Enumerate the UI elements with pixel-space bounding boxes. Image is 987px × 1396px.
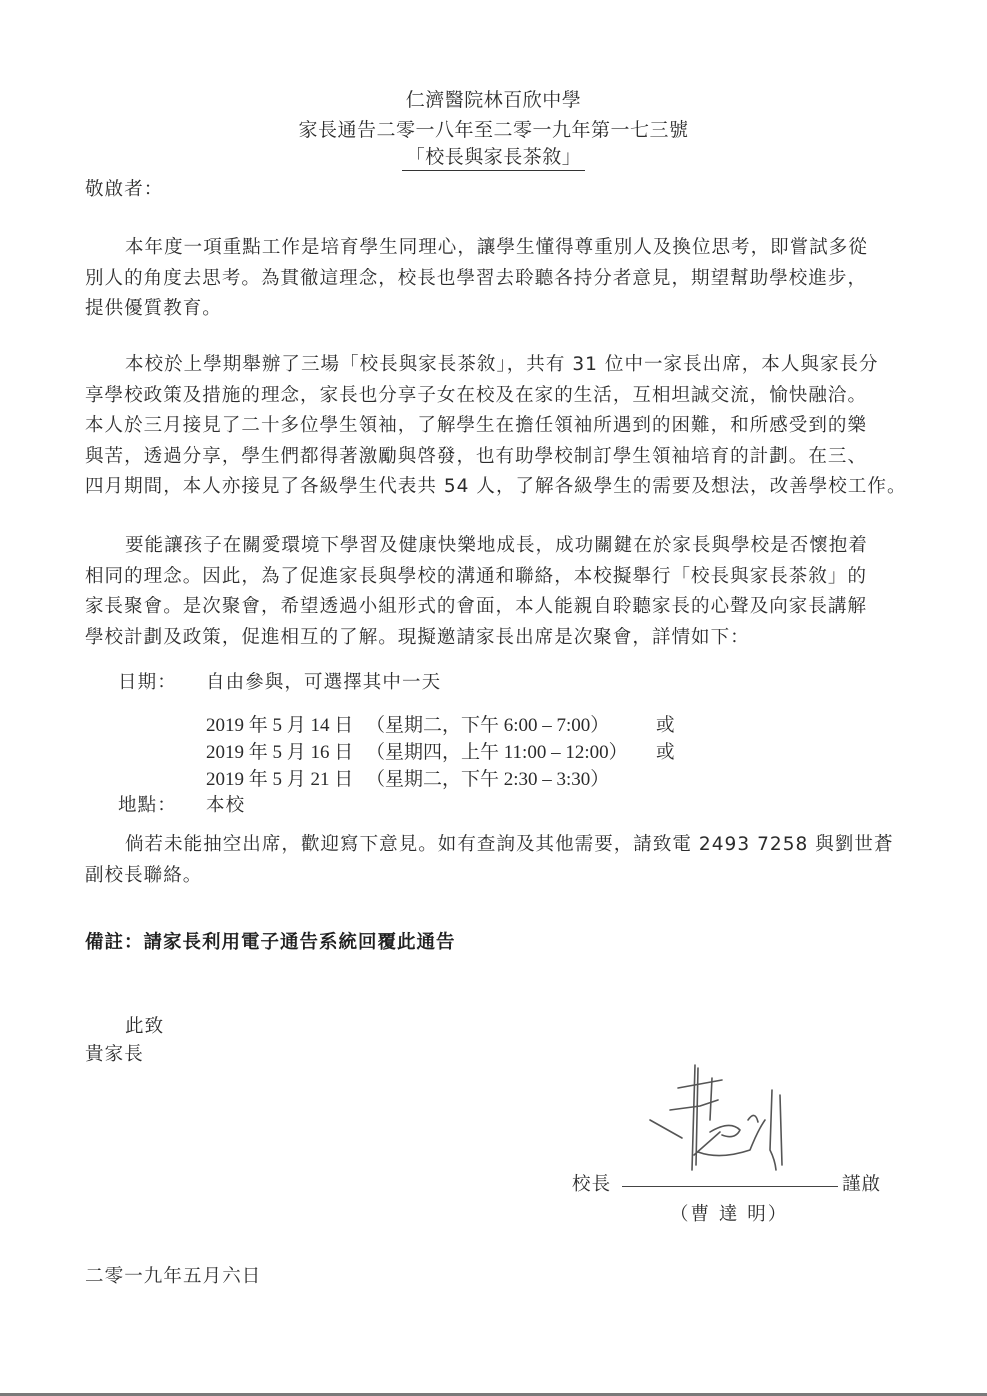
paragraph-1: 本年度一項重點工作是培育學生同理心，讓學生懂得尊重別人及換位思考，即嘗試多從 別…: [85, 233, 890, 325]
closing-recipient: 貴家長: [85, 1040, 144, 1070]
session-2: 2019 年 5 月 16 日（星期四，上午 11:00 – 12:00）或: [206, 737, 675, 764]
session-3: 2019 年 5 月 21 日（星期二，下午 2:30 – 3:30）: [206, 764, 656, 791]
session-time: （星期二，下午 6:00 – 7:00）: [366, 710, 656, 737]
paragraph-3: 要能讓孩子在關愛環境下學習及健康快樂地成長，成功關鍵在於家長與學校是否懷抱着 相…: [85, 531, 890, 653]
signature-title: 校長: [572, 1170, 611, 1200]
session-date: 2019 年 5 月 14 日: [206, 710, 366, 737]
venue: 本校: [206, 791, 245, 821]
notice-number: 家長通告二零一八年至二零一九年第一七三號: [0, 118, 987, 142]
closing-line: 此致: [125, 1012, 164, 1042]
paragraph-line: 享學校政策及措施的理念，家長也分享子女在校及在家的生活，互相坦誠交流，愉快融洽。: [85, 381, 890, 412]
signature-icon: [640, 1060, 820, 1190]
notice-date: 二零一九年五月六日: [85, 1262, 261, 1292]
venue-label: 地點：: [118, 791, 177, 821]
paragraph-line: 要能讓孩子在關愛環境下學習及健康快樂地成長，成功關鍵在於家長與學校是否懷抱着: [85, 531, 890, 562]
session-time: （星期二，下午 2:30 – 3:30）: [366, 764, 656, 791]
paragraph-line: 相同的理念。因此，為了促進家長與學校的溝通和聯絡，本校擬舉行「校長與家長茶敘」的: [85, 562, 890, 593]
notice-title-wrap: 「校長與家長茶敘」: [0, 145, 987, 171]
salutation: 敬啟者：: [85, 175, 163, 205]
paragraph-line: 家長聚會。是次聚會，希望透過小組形式的會面，本人能親自聆聽家長的心聲及向家長講解: [85, 592, 890, 623]
paragraph-line: 倘若未能抽空出席，歡迎寫下意見。如有查詢及其他需要，請致電 2493 7258 …: [85, 830, 890, 861]
notice-title: 「校長與家長茶敘」: [402, 145, 586, 171]
paragraph-line: 提供優質教育。: [85, 294, 890, 325]
date-label: 日期：: [118, 668, 177, 698]
paragraph-line: 本人於三月接見了二十多位學生領袖，了解學生在擔任領袖所遇到的困難，和所感受到的樂: [85, 411, 890, 442]
session-suffix: 或: [656, 715, 675, 736]
signature-closing: 謹啟: [842, 1170, 881, 1200]
session-date: 2019 年 5 月 21 日: [206, 764, 366, 791]
date-note: 自由參與，可選擇其中一天: [206, 668, 441, 698]
signature-line: [622, 1186, 838, 1187]
session-time: （星期四，上午 11:00 – 12:00）: [366, 737, 656, 764]
contact-paragraph: 倘若未能抽空出席，歡迎寫下意見。如有查詢及其他需要，請致電 2493 7258 …: [85, 830, 890, 891]
paragraph-line: 別人的角度去思考。為貫徹這理念，校長也學習去聆聽各持分者意見，期望幫助學校進步，: [85, 264, 890, 295]
remark: 備註：請家長利用電子通告系統回覆此通告: [85, 928, 456, 954]
paragraph-line: 學校計劃及政策，促進相互的了解。現擬邀請家長出席是次聚會，詳情如下：: [85, 623, 890, 654]
paragraph-line: 本年度一項重點工作是培育學生同理心，讓學生懂得尊重別人及換位思考，即嘗試多從: [85, 233, 890, 264]
session-suffix: 或: [656, 742, 675, 763]
session-date: 2019 年 5 月 16 日: [206, 737, 366, 764]
paragraph-2: 本校於上學期舉辦了三場「校長與家長茶敘」，共有 31 位中一家長出席，本人與家長…: [85, 350, 890, 503]
session-1: 2019 年 5 月 14 日（星期二，下午 6:00 – 7:00）或: [206, 710, 675, 737]
principal-name: （曹 達 明）: [670, 1200, 788, 1230]
school-name: 仁濟醫院林百欣中學: [0, 88, 987, 112]
paragraph-line: 副校長聯絡。: [85, 861, 890, 892]
paragraph-line: 四月期間，本人亦接見了各級學生代表共 54 人，了解各級學生的需要及想法，改善學…: [85, 472, 890, 503]
notice-page: 仁濟醫院林百欣中學 家長通告二零一八年至二零一九年第一七三號 「校長與家長茶敘」…: [0, 0, 987, 1396]
paragraph-line: 本校於上學期舉辦了三場「校長與家長茶敘」，共有 31 位中一家長出席，本人與家長…: [85, 350, 890, 381]
paragraph-line: 與苦，透過分享，學生們都得著激勵與啓發，也有助學校制訂學生領袖培育的計劃。在三、: [85, 442, 890, 473]
